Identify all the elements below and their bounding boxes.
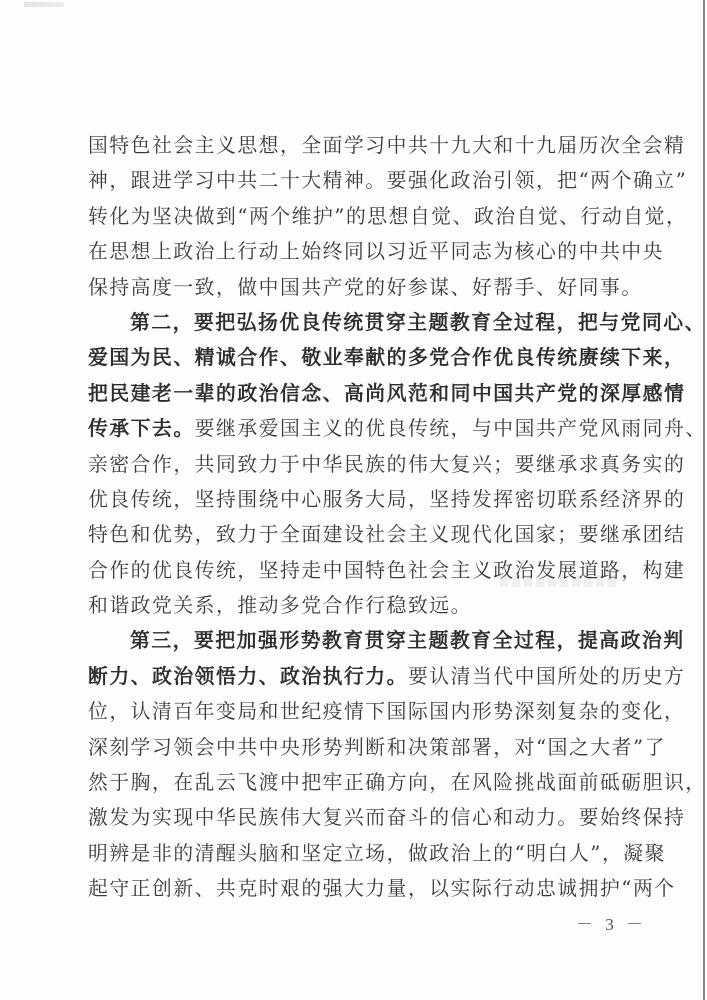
mixed-line: 传承下去。要继承爱国主义的优良传统，与中国共产党风雨同舟、 bbox=[88, 411, 636, 446]
text-line: 转化为坚决做到“两个维护”的思想自觉、政治自觉、行动自觉， bbox=[88, 199, 636, 234]
text-line: 明辨是非的清醒头脑和坚定立场，做政治上的“明白人”，凝聚 bbox=[88, 836, 636, 871]
text-line: 在思想上政治上行动上始终同以习近平同志为核心的中共中央 bbox=[88, 234, 636, 269]
text-line: 特色和优势，致力于全面建设社会主义现代化国家；要继承团结 bbox=[88, 517, 636, 552]
text-line: 亲密合作，共同致力于中华民族的伟大复兴；要继承求真务实的 bbox=[88, 447, 636, 482]
text-line: 然于胸，在乱云飞渡中把牢正确方向，在风险挑战面前砥砺胆识， bbox=[88, 765, 636, 800]
text-line: 保持高度一致，做中国共产党的好参谋、好帮手、好同事。 bbox=[88, 270, 636, 305]
page-number: － 3 － bbox=[576, 910, 647, 935]
text-line: 起守正创新、共克时艰的强大力量，以实际行动忠诚拥护“两个 bbox=[88, 871, 636, 906]
bold-text: 第二，要把弘扬优良传统贯穿主题教育全过程，把与党同心、 bbox=[130, 310, 706, 334]
text: 要继承爱国主义的优良传统，与中国共产党风雨同舟、 bbox=[195, 417, 707, 440]
text-line: 优良传统，坚持围绕中心服务大局，坚持发挥密切联系经济界的 bbox=[88, 482, 636, 517]
section-heading-line: 第二，要把弘扬优良传统贯穿主题教育全过程，把与党同心、 bbox=[88, 305, 636, 340]
mixed-line: 断力、政治领悟力、政治执行力。要认清当代中国所处的历史方 bbox=[88, 659, 636, 694]
text-line: 位，认清百年变局和世纪疫情下国际国内形势深刻复杂的变化， bbox=[88, 694, 636, 729]
section-heading-line: 把民建老一辈的政治信念、高尚风范和同中国共产党的深厚感情 bbox=[88, 376, 636, 411]
scan-edge-line bbox=[703, 0, 705, 1000]
text-line: 合作的优良传统，坚持走中国特色社会主义政治发展道路，构建 bbox=[88, 553, 636, 588]
bold-text: 断力、政治领悟力、政治执行力。 bbox=[88, 664, 408, 688]
section-heading-line: 爱国为民、精诚合作、敬业奉献的多党合作优良传统赓续下来， bbox=[88, 340, 636, 375]
body-text: 国特色社会主义思想，全面学习中共十九大和十九届历次全会精 神，跟进学习中共二十大… bbox=[88, 128, 636, 907]
text-line: 激发为实现中华民族伟大复兴而奋斗的信心和动力。要始终保持 bbox=[88, 800, 636, 835]
document-page: 国特色社会主义思想，全面学习中共十九大和十九届历次全会精 神，跟进学习中共二十大… bbox=[0, 0, 707, 1000]
text: 要认清当代中国所处的历史方 bbox=[408, 665, 685, 688]
text-line: 和谐政党关系，推动多党合作行稳致远。 bbox=[88, 588, 636, 623]
text-line: 国特色社会主义思想，全面学习中共十九大和十九届历次全会精 bbox=[88, 128, 636, 163]
text-line: 神，跟进学习中共二十大精神。要强化政治引领，把“两个确立” bbox=[88, 163, 636, 198]
text-line: 深刻学习领会中共中央形势判断和决策部署，对“国之大者”了 bbox=[88, 730, 636, 765]
bold-text: 第三，要把加强形势教育贯穿主题教育全过程，提高政治判 bbox=[130, 628, 685, 652]
section-heading-line: 第三，要把加强形势教育贯穿主题教育全过程，提高政治判 bbox=[88, 623, 636, 658]
bold-text: 爱国为民、精诚合作、敬业奉献的多党合作优良传统赓续下来， bbox=[88, 345, 685, 369]
bold-text: 把民建老一辈的政治信念、高尚风范和同中国共产党的深厚感情 bbox=[88, 381, 685, 405]
bold-text: 传承下去。 bbox=[88, 416, 195, 440]
scan-corner-mark bbox=[24, 2, 64, 7]
